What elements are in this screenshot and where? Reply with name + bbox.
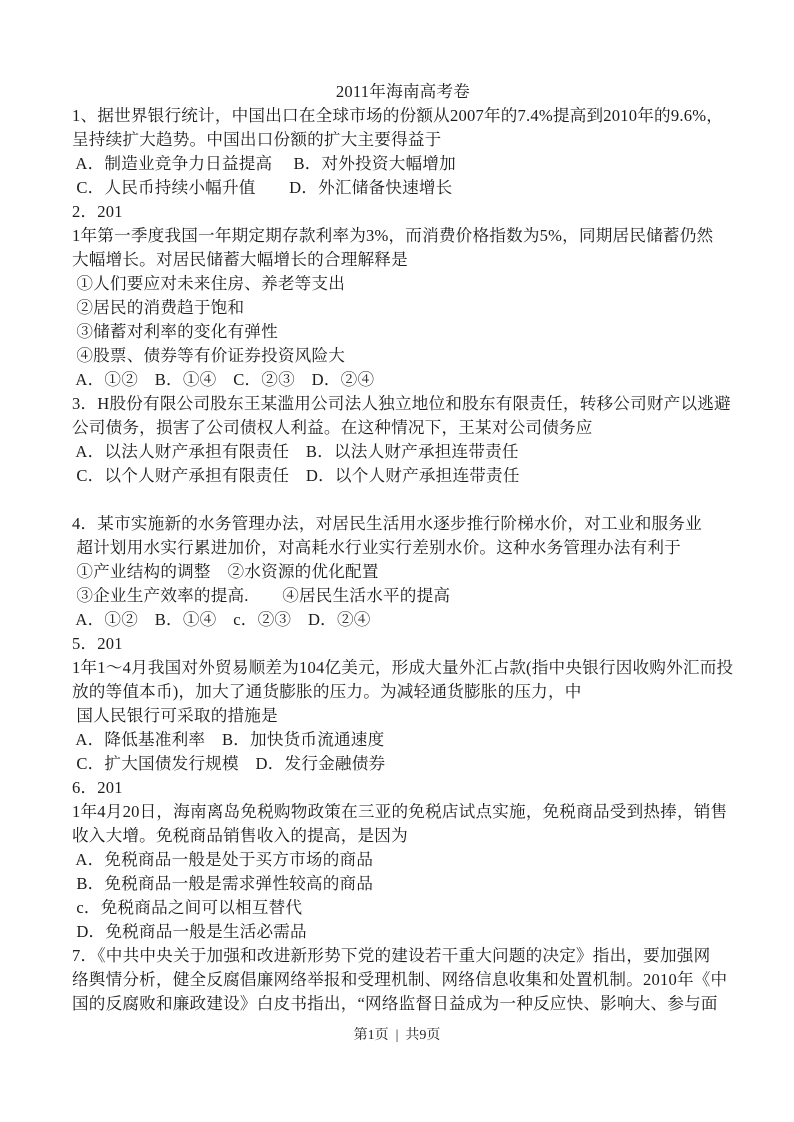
exam-title: 2011年海南高考卷: [72, 80, 734, 104]
question-1: 1、据世界银行统计，中国出口在全球市场的份额从2007年的7.4%提高到2010…: [72, 104, 734, 200]
question-6-option-a: A．免税商品一般是处于买方市场的商品: [72, 848, 734, 872]
question-2: 2．201 1年第一季度我国一年期定期存款利率为3%，而消费价格指数为5%，同期…: [72, 200, 734, 392]
question-2-item-4: ④股票、债券等有价证券投资风险大: [72, 344, 734, 368]
question-3-stem-line-1: 3．H股份有限公司股东王某滥用公司法人独立地位和股东有限责任，转移公司财产以逃避: [72, 392, 734, 416]
question-2-item-3: ③储蓄对利率的变化有弹性: [72, 320, 734, 344]
question-5-number-line: 5．201: [72, 632, 734, 656]
question-4-stem-line-1: 4．某市实施新的水务管理办法，对居民生活用水逐步推行阶梯水价，对工业和服务业: [72, 512, 734, 536]
blank-line-spacer: [72, 488, 734, 512]
question-4: 4．某市实施新的水务管理办法，对居民生活用水逐步推行阶梯水价，对工业和服务业 超…: [72, 512, 734, 632]
question-5-options-ab: A．降低基准利率 B．加快货币流通速度: [72, 728, 734, 752]
question-7-stem-line-1: 7．《中共中央关于加强和改进新形势下党的建设若干重大问题的决定》指出，要加强网: [72, 944, 734, 968]
question-6-number-line: 6．201: [72, 776, 734, 800]
question-3-stem-line-2: 公司债务，损害了公司债权人利益。在这种情况下，王某对公司债务应: [72, 416, 734, 440]
question-1-stem-line-1: 1、据世界银行统计，中国出口在全球市场的份额从2007年的7.4%提高到2010…: [72, 104, 734, 128]
question-5-stem-line-3: 国人民银行可采取的措施是: [72, 704, 734, 728]
question-6-option-b: B．免税商品一般是需求弹性较高的商品: [72, 872, 734, 896]
question-7-stem-line-3: 国的反腐败和廉政建设》白皮书指出，“网络监督日益成为一种反应快、影响大、参与面: [72, 992, 734, 1016]
question-4-items-12: ①产业结构的调整 ②水资源的优化配置: [72, 560, 734, 584]
question-2-stem-line-1: 1年第一季度我国一年期定期存款利率为3%，而消费价格指数为5%，同期居民储蓄仍然: [72, 224, 734, 248]
question-3-options-ab: A．以法人财产承担有限责任 B．以法人财产承担连带责任: [72, 440, 734, 464]
question-5-stem-line-1: 1年1～4月我国对外贸易顺差为104亿美元，形成大量外汇占款(指中央银行因收购外…: [72, 656, 734, 680]
question-2-options: A．①② B．①④ C．②③ D．②④: [72, 368, 734, 392]
question-1-stem-line-2: 呈持续扩大趋势。中国出口份额的扩大主要得益于: [72, 128, 734, 152]
question-4-stem-line-2: 超计划用水实行累进加价，对高耗水行业实行差别水价。这种水务管理办法有利于: [72, 536, 734, 560]
question-5-stem-line-2: 放的等值本币)，加大了通货膨胀的压力。为减轻通货膨胀的压力，中: [72, 680, 734, 704]
footer-separator: |: [396, 1028, 399, 1043]
question-6: 6．201 1年4月20日，海南离岛免税购物政策在三亚的免税店试点实施，免税商品…: [72, 776, 734, 944]
question-6-stem-line-1: 1年4月20日，海南离岛免税购物政策在三亚的免税店试点实施，免税商品受到热捧，销…: [72, 800, 734, 824]
question-3-options-cd: C．以个人财产承担有限责任 D．以个人财产承担连带责任: [72, 464, 734, 488]
question-3: 3．H股份有限公司股东王某滥用公司法人独立地位和股东有限责任，转移公司财产以逃避…: [72, 392, 734, 488]
question-1-options-cd: C．人民币持续小幅升值 D．外汇储备快速增长: [72, 176, 734, 200]
question-6-stem-line-2: 收入大增。免税商品销售收入的提高，是因为: [72, 824, 734, 848]
question-2-stem-line-2: 大幅增长。对居民储蓄大幅增长的合理解释是: [72, 248, 734, 272]
question-2-item-1: ①人们要应对未来住房、养老等支出: [72, 272, 734, 296]
footer-total-pages: 共9页: [405, 1028, 440, 1043]
footer-current-page: 第1页: [354, 1028, 389, 1043]
question-2-number-line: 2．201: [72, 200, 734, 224]
question-6-option-d: D．免税商品一般是生活必需品: [72, 920, 734, 944]
question-1-options-ab: A．制造业竞争力日益提高 B．对外投资大幅增加: [72, 152, 734, 176]
exam-page-content: 2011年海南高考卷 1、据世界银行统计，中国出口在全球市场的份额从2007年的…: [72, 80, 734, 1016]
page-footer: 第1页|共9页: [0, 1026, 794, 1046]
question-5: 5．201 1年1～4月我国对外贸易顺差为104亿美元，形成大量外汇占款(指中央…: [72, 632, 734, 776]
question-4-options: A．①② B．①④ c．②③ D．②④: [72, 608, 734, 632]
question-2-item-2: ②居民的消费趋于饱和: [72, 296, 734, 320]
question-7-stem-line-2: 络舆情分析，健全反腐倡廉网络举报和受理机制、网络信息收集和处置机制。2010年《…: [72, 968, 734, 992]
question-4-items-34: ③企业生产效率的提高. ④居民生活水平的提高: [72, 584, 734, 608]
question-5-options-cd: C．扩大国债发行规模 D．发行金融债券: [72, 752, 734, 776]
question-6-option-c: c．免税商品之间可以相互替代: [72, 896, 734, 920]
question-7: 7．《中共中央关于加强和改进新形势下党的建设若干重大问题的决定》指出，要加强网 …: [72, 944, 734, 1016]
